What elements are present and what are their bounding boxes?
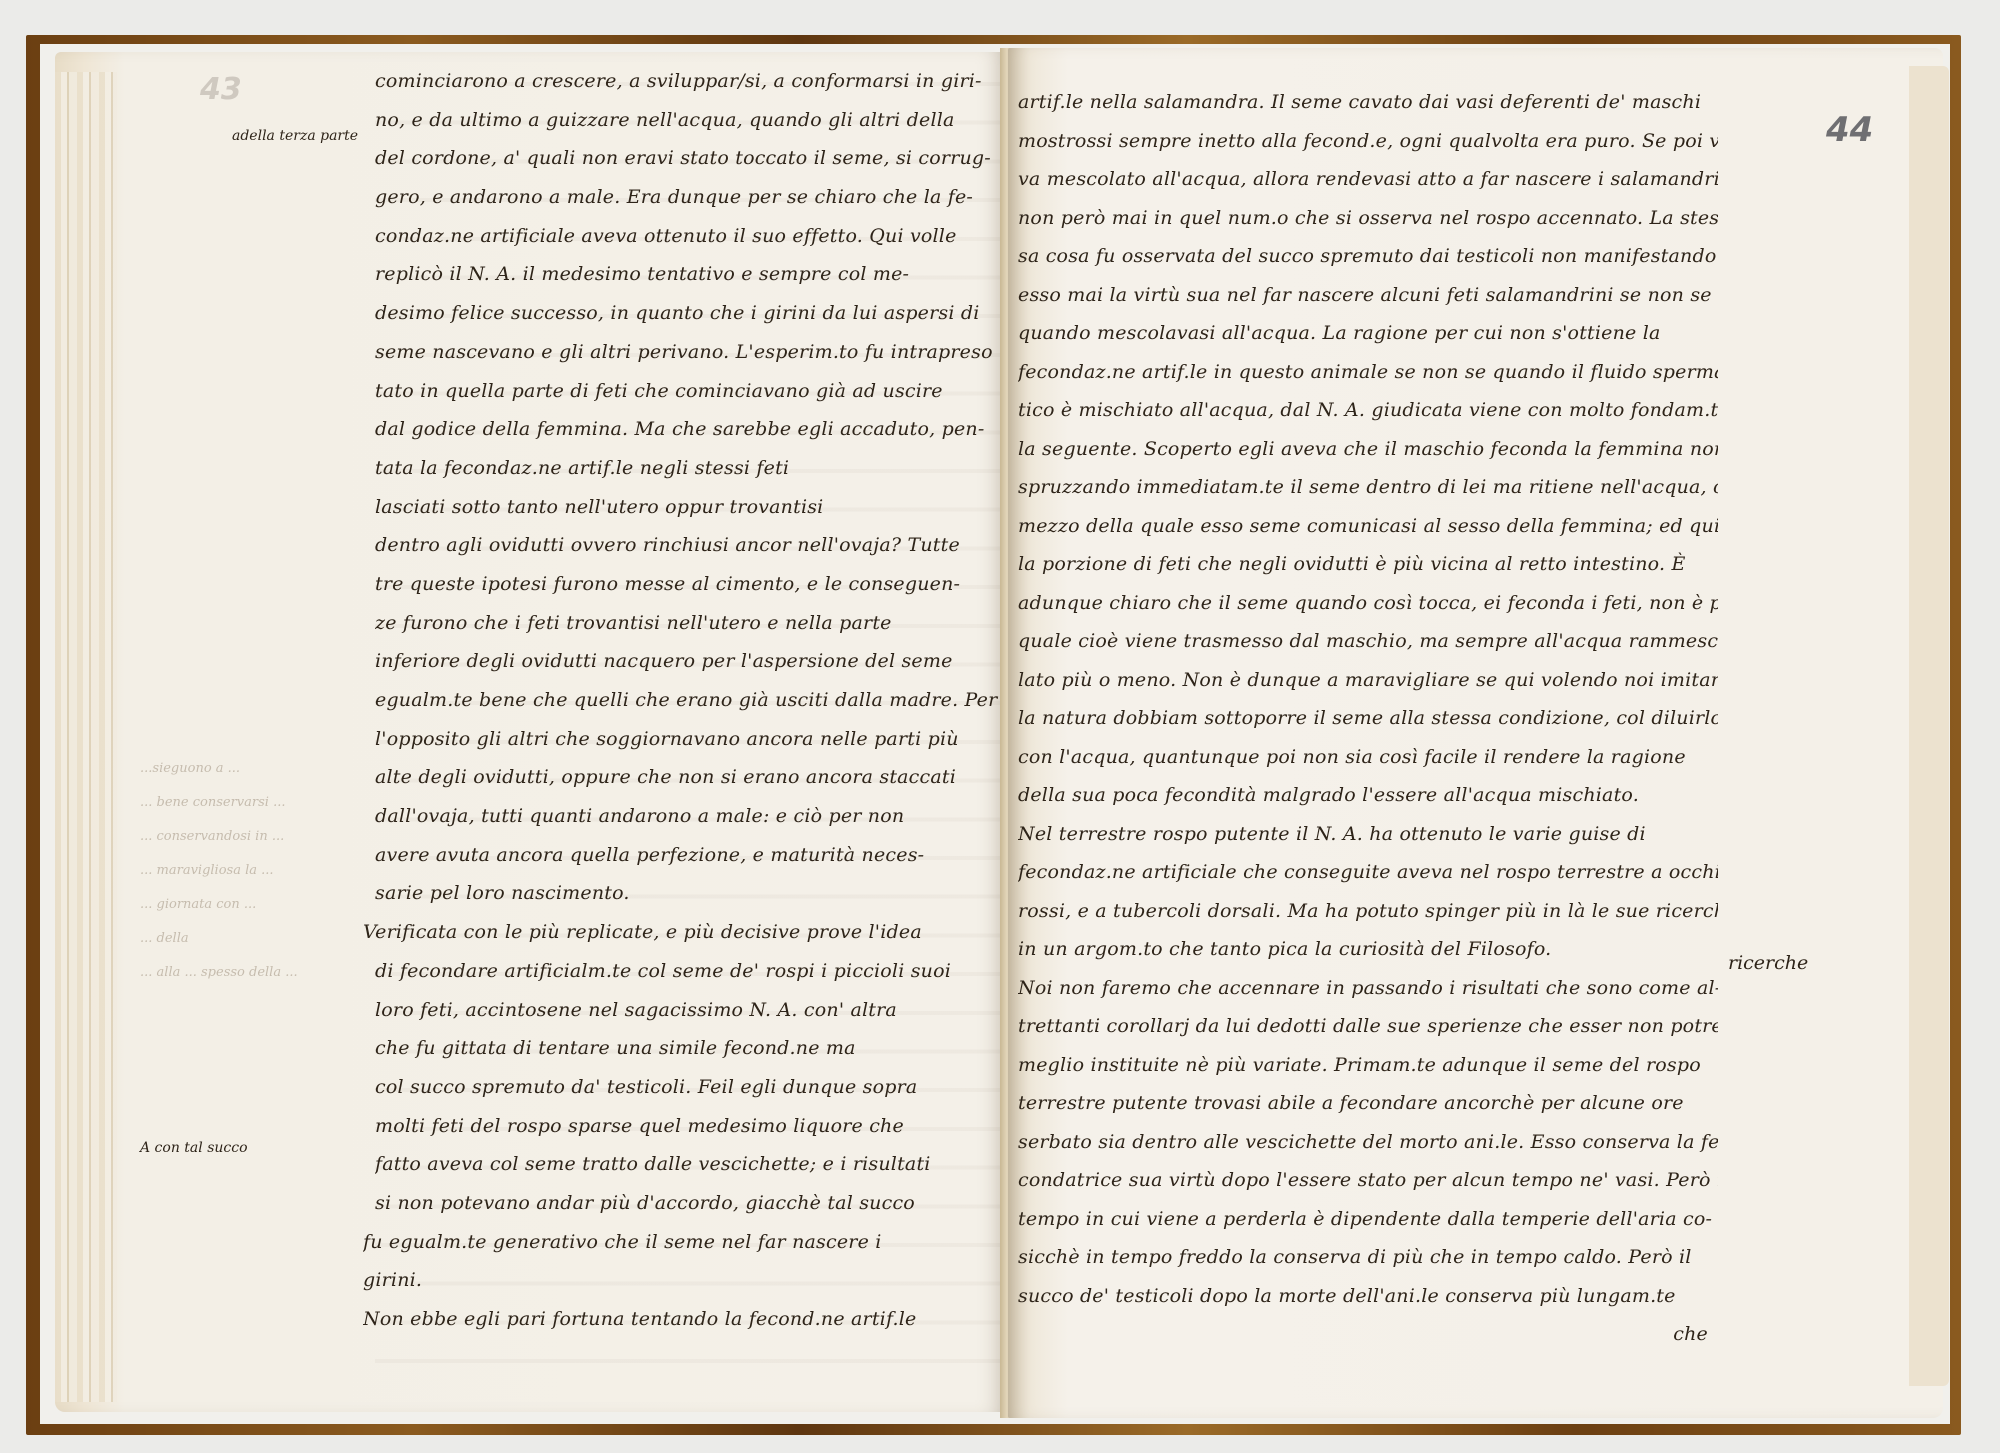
text-line: seme nascevano e gli altri perivano. L'e… xyxy=(375,333,1000,372)
text-line: fu egualm.te generativo che il seme nel … xyxy=(363,1223,1000,1262)
text-line: no, e da ultimo a guizzare nell'acqua, q… xyxy=(375,101,1000,140)
text-line: Verificata con le più replicate, e più d… xyxy=(363,913,1000,952)
text-line: replicò il N. A. il medesimo tentativo e… xyxy=(375,255,1000,294)
ghost-note-line: ... bene conservarsi ... xyxy=(140,786,298,820)
text-line: condaz.ne artificiale aveva ottenuto il … xyxy=(375,217,1000,256)
text-line: va mescolato all'acqua, allora rendevasi… xyxy=(1018,160,1718,199)
text-line: Nel terrestre rospo putente il N. A. ha … xyxy=(1018,815,1718,854)
text-line: lato più o meno. Non è dunque a maravigl… xyxy=(1018,661,1718,700)
text-line: la seguente. Scoperto egli aveva che il … xyxy=(1018,430,1718,469)
text-line: spruzzando immediatam.te il seme dentro … xyxy=(1018,468,1718,507)
left-margin-note-2: A con tal succo xyxy=(140,1140,248,1156)
text-line: tato in quella parte di feti che cominci… xyxy=(375,372,1000,411)
text-line: che xyxy=(1018,1315,1718,1354)
text-line: cominciarono a crescere, a sviluppar/si,… xyxy=(375,62,1000,101)
text-line: col succo spremuto da' testicoli. Feil e… xyxy=(375,1068,1000,1107)
text-line: del cordone, a' quali non eravi stato to… xyxy=(375,139,1000,178)
text-line: fatto aveva col seme tratto dalle vescic… xyxy=(375,1145,1000,1184)
text-line: inferiore degli ovidutti nacquero per l'… xyxy=(375,642,1000,681)
text-line: lasciati sotto tanto nell'utero oppur tr… xyxy=(375,488,1000,527)
ghost-note-line: ...sieguono a ... xyxy=(140,752,298,786)
text-line: girini. xyxy=(363,1261,1000,1300)
text-line: sicchè in tempo freddo la conserva di pi… xyxy=(1018,1238,1718,1277)
right-folio-number: 44 xyxy=(1826,110,1873,150)
left-page-text: cominciarono a crescere, a sviluppar/si,… xyxy=(375,62,1000,1339)
text-line: con l'acqua, quantunque poi non sia così… xyxy=(1018,738,1718,777)
text-line: quando mescolavasi all'acqua. La ragione… xyxy=(1018,314,1718,353)
ghost-note-line: ... maravigliosa la ... xyxy=(140,854,298,888)
text-line: di fecondare artificialm.te col seme de'… xyxy=(375,952,1000,991)
text-line: gero, e andarono a male. Era dunque per … xyxy=(375,178,1000,217)
text-line: della sua poca fecondità malgrado l'esse… xyxy=(1018,776,1718,815)
text-line: quale cioè viene trasmesso dal maschio, … xyxy=(1018,622,1718,661)
left-folio-number: 43 xyxy=(200,72,242,107)
text-line: loro feti, accintosene nel sagacissimo N… xyxy=(375,991,1000,1030)
text-line: sa cosa fu osservata del succo spremuto … xyxy=(1018,237,1718,276)
text-line: tre queste ipotesi furono messe al cimen… xyxy=(375,565,1000,604)
ghost-note-line: ... della xyxy=(140,922,298,956)
text-line: l'opposito gli altri che soggiornavano a… xyxy=(375,720,1000,759)
text-line: adunque chiaro che il seme quando così t… xyxy=(1018,584,1718,623)
ghost-note-line: ... giornata con ... xyxy=(140,888,298,922)
text-line: esso mai la virtù sua nel far nascere al… xyxy=(1018,276,1718,315)
ghost-note-line: ... conservandosi in ... xyxy=(140,820,298,854)
text-line: Noi non faremo che accennare in passando… xyxy=(1018,969,1718,1008)
text-line: non però mai in quel num.o che si osserv… xyxy=(1018,199,1718,238)
text-line: mezzo della quale esso seme comunicasi a… xyxy=(1018,507,1718,546)
right-page-text: artif.le nella salamandra. Il seme cavat… xyxy=(1018,83,1718,1354)
text-line: in un argom.to che tanto pica la curiosi… xyxy=(1018,930,1718,969)
right-margin-note: ricerche xyxy=(1728,952,1808,974)
ghost-note-line: ... alla ... spesso della ... xyxy=(140,956,298,990)
text-line: avere avuta ancora quella perfezione, e … xyxy=(375,836,1000,875)
left-margin-note-1: adella terza parte xyxy=(232,128,358,144)
text-line: dall'ovaja, tutti quanti andarono a male… xyxy=(375,797,1000,836)
text-line: la porzione di feti che negli ovidutti è… xyxy=(1018,545,1718,584)
text-line: sarie pel loro nascimento. xyxy=(375,874,1000,913)
text-line: desimo felice successo, in quanto che i … xyxy=(375,294,1000,333)
text-line: tempo in cui viene a perderla è dipenden… xyxy=(1018,1200,1718,1239)
text-line: alte degli ovidutti, oppure che non si e… xyxy=(375,758,1000,797)
text-line: tico è mischiato all'acqua, dal N. A. gi… xyxy=(1018,391,1718,430)
text-line: condatrice sua virtù dopo l'essere stato… xyxy=(1018,1161,1718,1200)
text-line: ze furono che i feti trovantisi nell'ute… xyxy=(375,604,1000,643)
text-line: egualm.te bene che quelli che erano già … xyxy=(375,681,1000,720)
ghost-margin-notes: ...sieguono a ... ... bene conservarsi .… xyxy=(140,752,298,990)
underlying-leaf xyxy=(1909,66,1949,1386)
text-line: serbato sia dentro alle vescichette del … xyxy=(1018,1123,1718,1162)
text-line: artif.le nella salamandra. Il seme cavat… xyxy=(1018,83,1718,122)
text-line: mostrossi sempre inetto alla fecond.e, o… xyxy=(1018,122,1718,161)
text-line: dentro agli ovidutti ovvero rinchiusi an… xyxy=(375,526,1000,565)
text-line: rossi, e a tubercoli dorsali. Ma ha potu… xyxy=(1018,892,1718,931)
text-line: succo de' testicoli dopo la morte dell'a… xyxy=(1018,1277,1718,1316)
text-line: fecondaz.ne artificiale che conseguite a… xyxy=(1018,853,1718,892)
page-edge-stack xyxy=(55,72,117,1402)
text-line: dal godice della femmina. Ma che sarebbe… xyxy=(375,410,1000,449)
text-line: terrestre putente trovasi abile a fecond… xyxy=(1018,1084,1718,1123)
text-line: tata la fecondaz.ne artif.le negli stess… xyxy=(375,449,1000,488)
text-line: Non ebbe egli pari fortuna tentando la f… xyxy=(363,1300,1000,1339)
text-line: fecondaz.ne artif.le in questo animale s… xyxy=(1018,353,1718,392)
text-line: trettanti corollarj da lui dedotti dalle… xyxy=(1018,1007,1718,1046)
text-line: meglio instituite nè più variate. Primam… xyxy=(1018,1046,1718,1085)
text-line: che fu gittata di tentare una simile fec… xyxy=(375,1029,1000,1068)
text-line: molti feti del rospo sparse quel medesim… xyxy=(375,1107,1000,1146)
text-line: si non potevano andar più d'accordo, gia… xyxy=(375,1184,1000,1223)
text-line: la natura dobbiam sottoporre il seme all… xyxy=(1018,699,1718,738)
